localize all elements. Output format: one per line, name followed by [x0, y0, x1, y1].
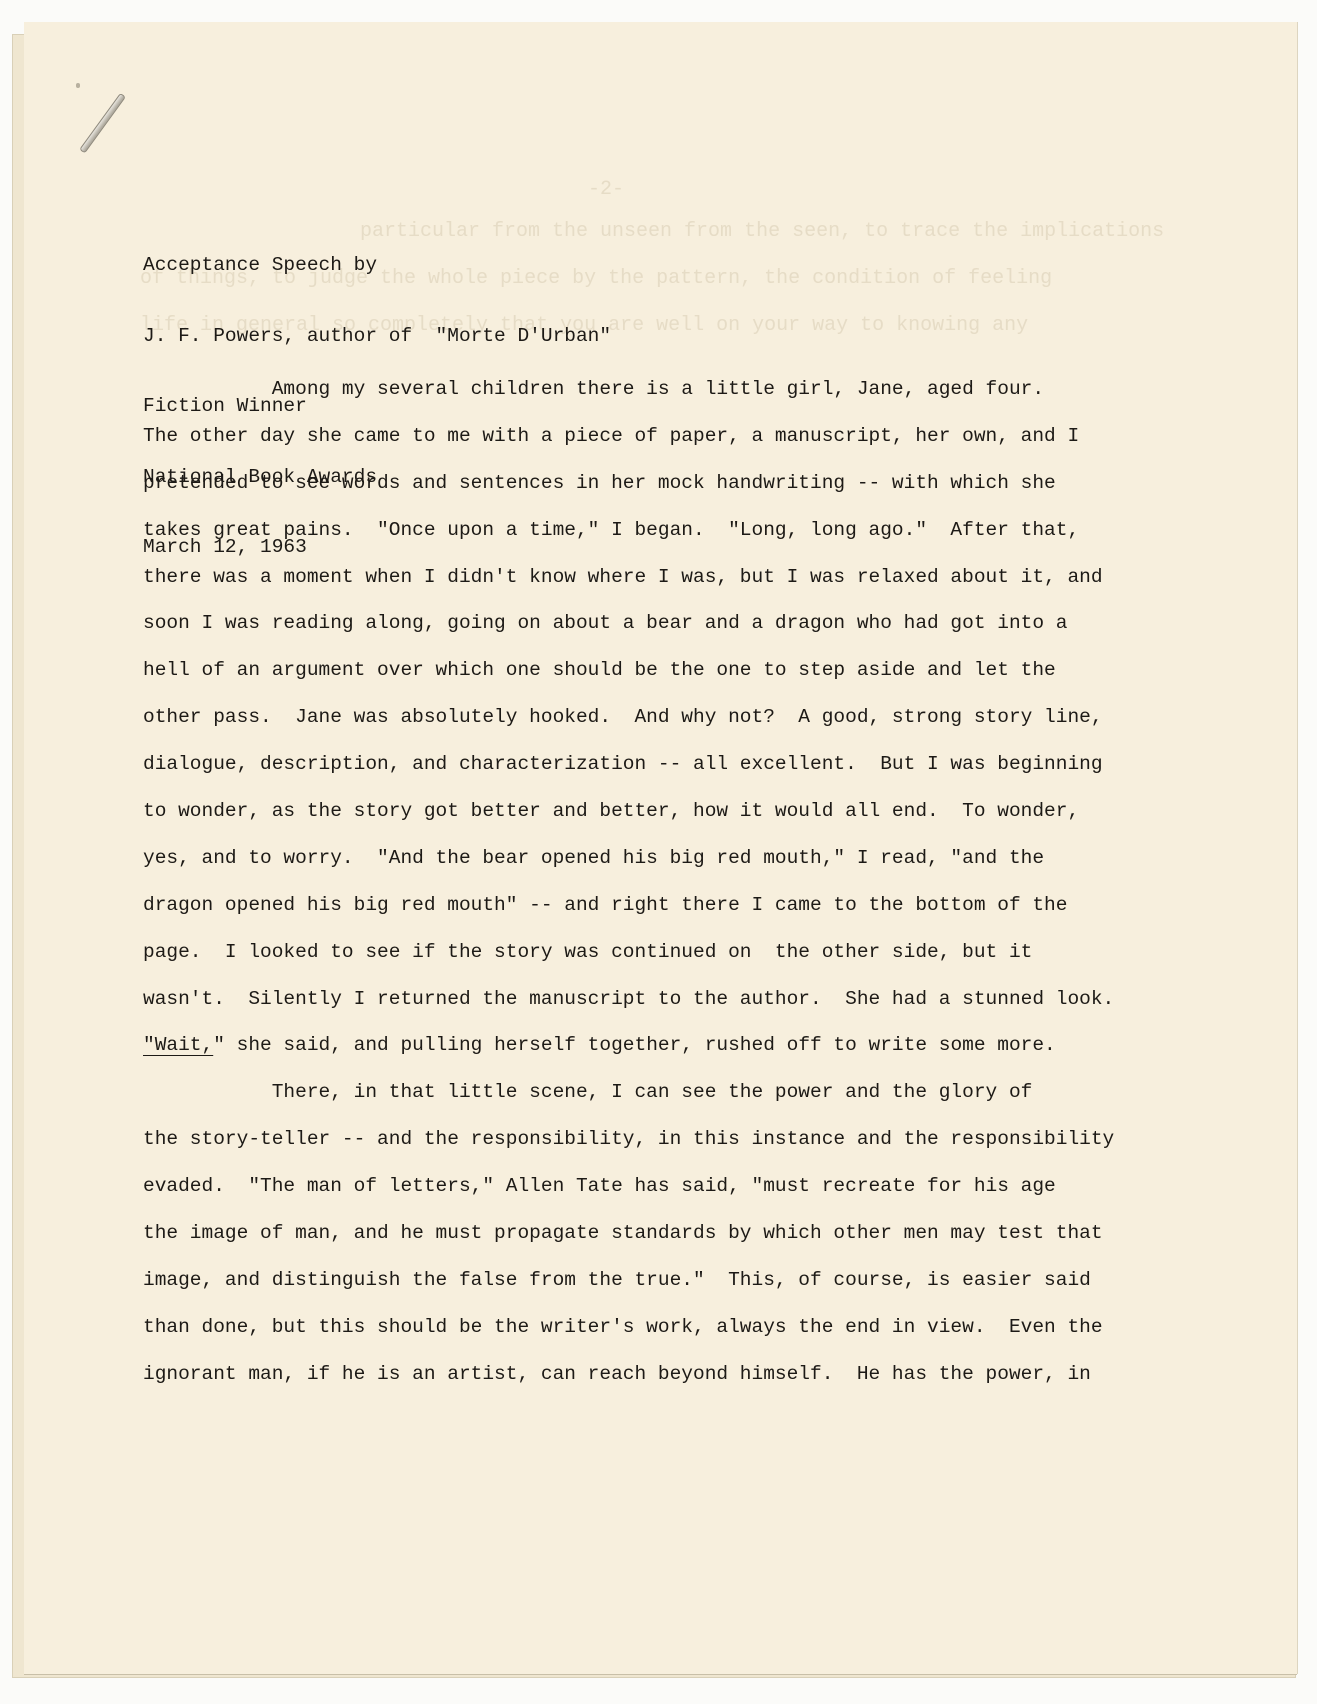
text-line: than done, but this should be the writer… [143, 1304, 1143, 1351]
text-line: Among my several children there is a lit… [143, 366, 1143, 413]
show-through-page-number: -2- [588, 178, 624, 201]
underlined-word: "Wait, [143, 1034, 213, 1056]
text-line: takes great pains. "Once upon a time," I… [143, 507, 1143, 554]
text-line: to wonder, as the story got better and b… [143, 788, 1143, 835]
text-line: yes, and to worry. "And the bear opened … [143, 835, 1143, 882]
text-line: there was a moment when I didn't know wh… [143, 554, 1143, 601]
text-line: other pass. Jane was absolutely hooked. … [143, 694, 1143, 741]
text-line: the image of man, and he must propagate … [143, 1210, 1143, 1257]
text-line: There, in that little scene, I can see t… [143, 1069, 1143, 1116]
text-line: the story-teller -- and the responsibili… [143, 1116, 1143, 1163]
text-line: image, and distinguish the false from th… [143, 1257, 1143, 1304]
text-line: dragon opened his big red mouth" -- and … [143, 882, 1143, 929]
text-line: pretended to see words and sentences in … [143, 460, 1143, 507]
text-line: dialogue, description, and characterizat… [143, 741, 1143, 788]
text-line: ignorant man, if he is an artist, can re… [143, 1351, 1143, 1398]
text-line: soon I was reading along, going on about… [143, 600, 1143, 647]
text-line: wasn't. Silently I returned the manuscri… [143, 976, 1143, 1023]
text-line: page. I looked to see if the story was c… [143, 929, 1143, 976]
text-line: hell of an argument over which one shoul… [143, 647, 1143, 694]
text-line: The other day she came to me with a piec… [143, 413, 1143, 460]
staple-hole [76, 83, 80, 88]
text-line: "Wait," she said, and pulling herself to… [143, 1022, 1143, 1069]
speech-body: Among my several children there is a lit… [143, 366, 1143, 1398]
line-text: " she said, and pulling herself together… [213, 1034, 1056, 1056]
text-line: evaded. "The man of letters," Allen Tate… [143, 1163, 1143, 1210]
header-title: Acceptance Speech by [143, 254, 611, 278]
header-author: J. F. Powers, author of "Morte D'Urban" [143, 325, 611, 349]
